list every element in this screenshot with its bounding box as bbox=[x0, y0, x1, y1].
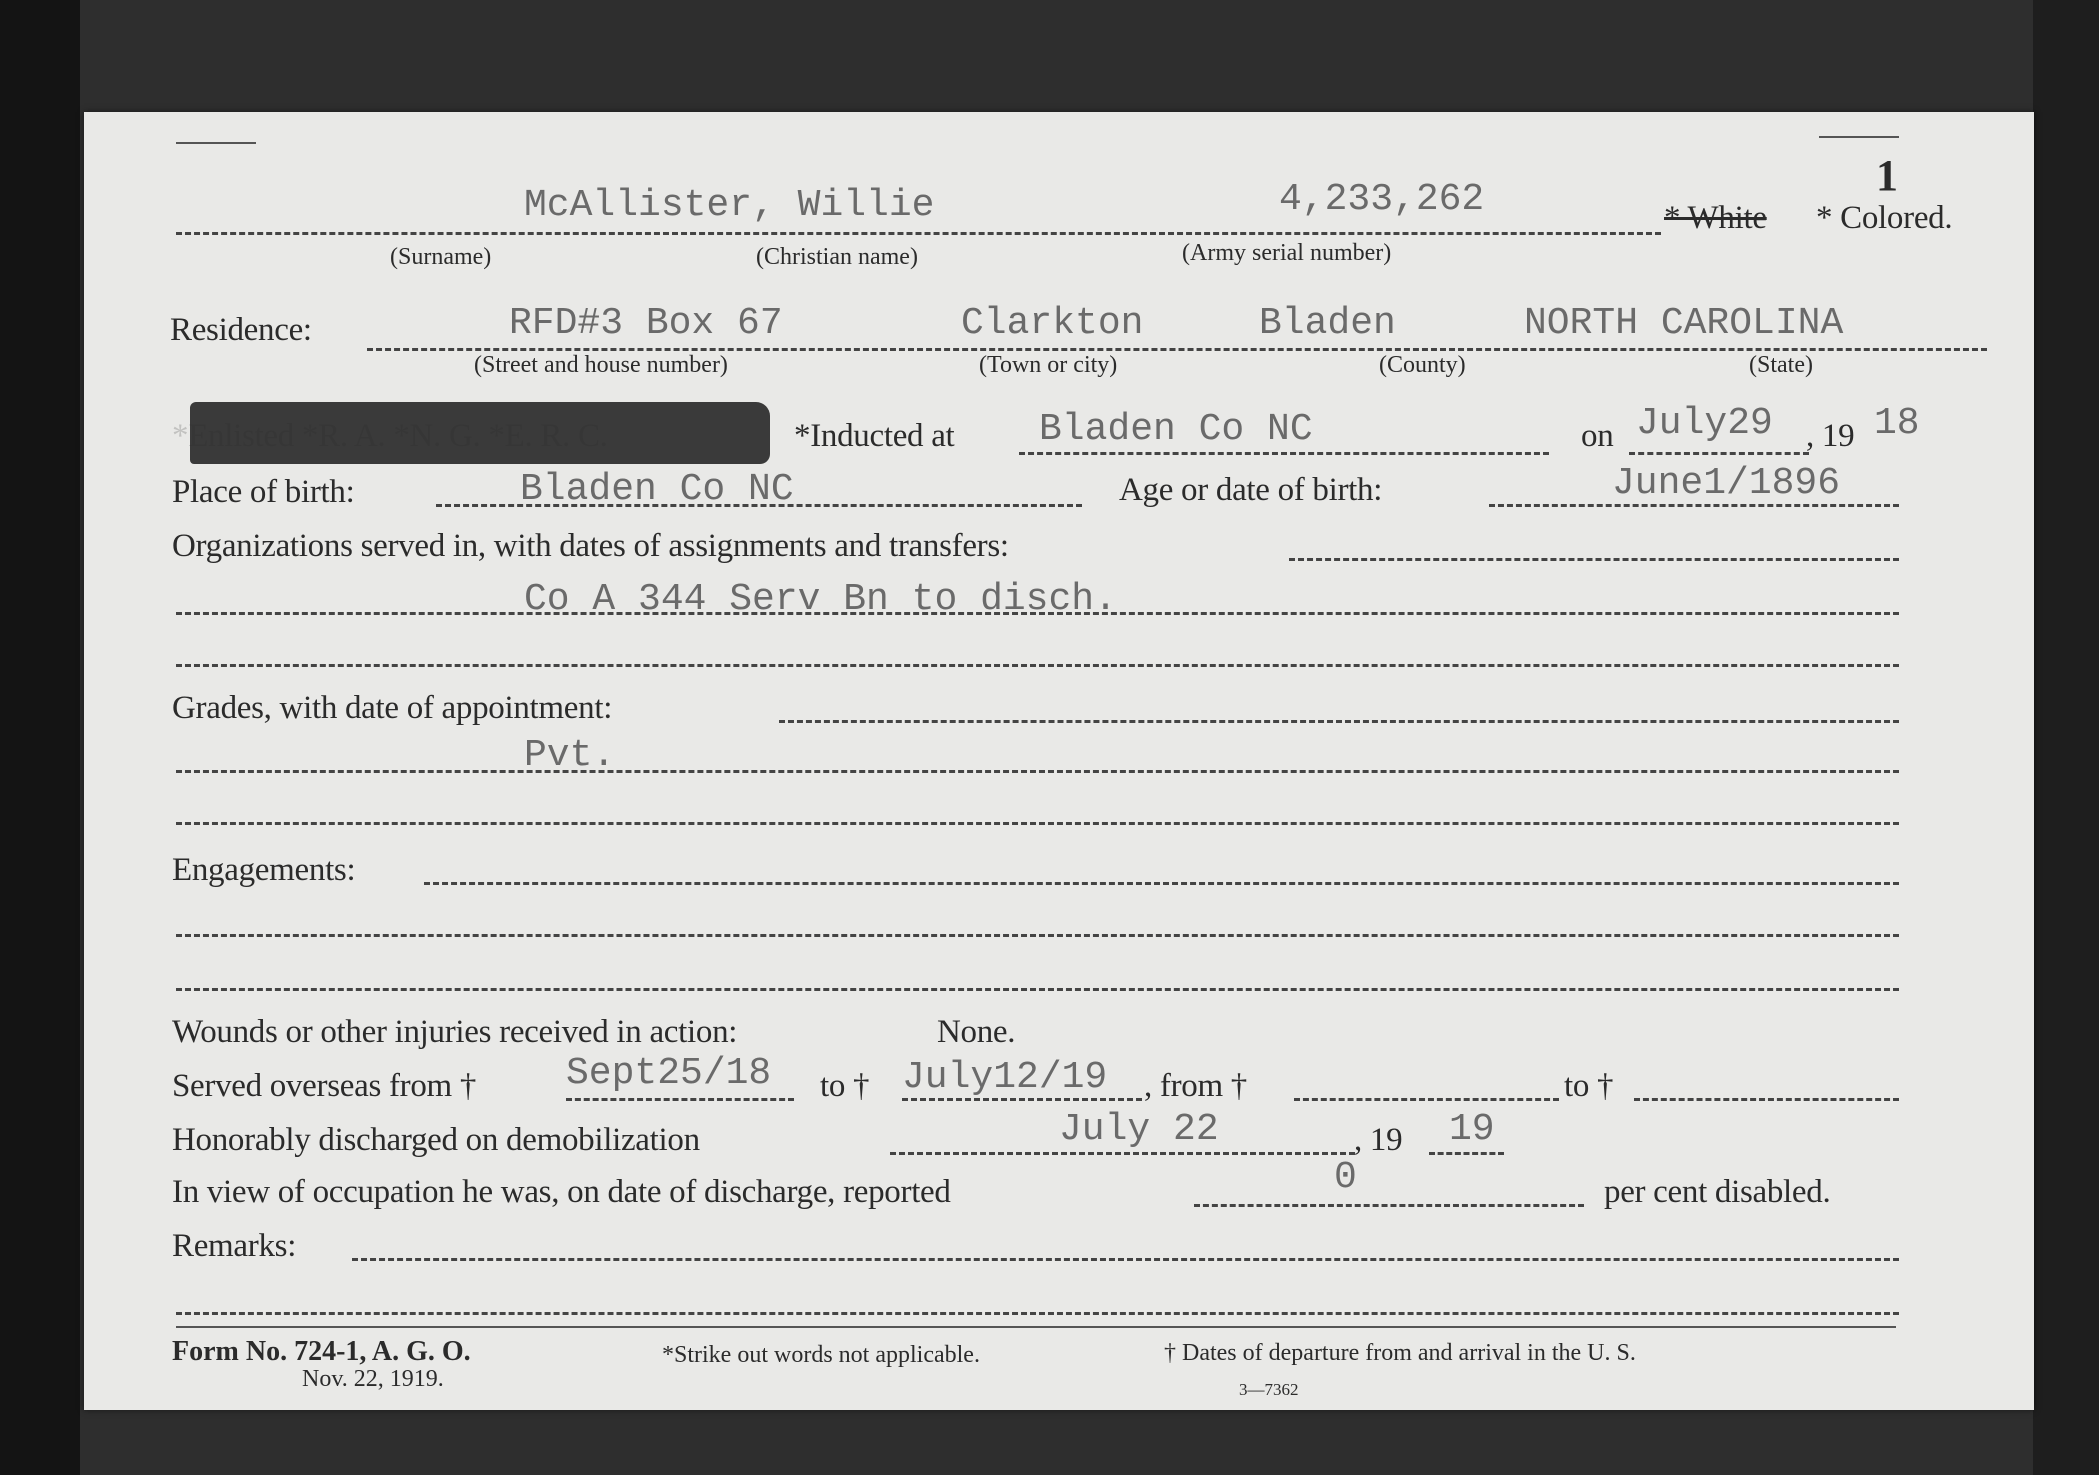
inducted-place: Bladen Co NC bbox=[1039, 408, 1313, 451]
grades-line-1 bbox=[779, 720, 1899, 723]
serial-value: 4,233,262 bbox=[1279, 178, 1484, 221]
organizations-line-1 bbox=[1289, 558, 1899, 561]
top-right-rule bbox=[1819, 136, 1899, 138]
wounds-value: None. bbox=[937, 1014, 1015, 1051]
wounds-label: Wounds or other injuries received in act… bbox=[172, 1014, 737, 1051]
grades-line-3 bbox=[176, 822, 1899, 825]
serial-label: (Army serial number) bbox=[1182, 240, 1391, 267]
disability-suffix: per cent disabled. bbox=[1604, 1174, 1830, 1211]
overseas-to2-line bbox=[1634, 1098, 1899, 1101]
disability-label: In view of occupation he was, on date of… bbox=[172, 1174, 951, 1211]
residence-line bbox=[367, 348, 1987, 351]
disability-value: 0 bbox=[1334, 1156, 1357, 1199]
inducted-year: 18 bbox=[1874, 402, 1920, 445]
engagements-line-2 bbox=[176, 934, 1899, 937]
engagements-line-1 bbox=[424, 882, 1899, 885]
birth-date-line bbox=[1489, 504, 1899, 507]
overseas-from-line bbox=[566, 1098, 794, 1101]
county-label: (County) bbox=[1379, 352, 1466, 379]
overseas-label: Served overseas from † bbox=[172, 1068, 476, 1105]
inducted-date: July29 bbox=[1636, 402, 1773, 445]
christian-name-label: (Christian name) bbox=[756, 244, 918, 271]
on-label: on bbox=[1581, 418, 1613, 455]
scanner-right-edge bbox=[2033, 0, 2099, 1475]
birth-place-label: Place of birth: bbox=[172, 474, 354, 511]
inducted-date-line bbox=[1629, 452, 1809, 455]
grades-label: Grades, with date of appointment: bbox=[172, 690, 612, 727]
residence-county: Bladen bbox=[1259, 302, 1396, 345]
top-left-rule bbox=[176, 142, 256, 144]
overseas-to-label: to † bbox=[820, 1068, 869, 1105]
race-colored: * Colored. bbox=[1816, 200, 1952, 237]
discharge-date: July 22 bbox=[1059, 1108, 1219, 1151]
footnote-strike: *Strike out words not applicable. bbox=[662, 1342, 980, 1369]
residence-street: RFD#3 Box 67 bbox=[509, 302, 783, 345]
residence-label: Residence: bbox=[170, 312, 312, 349]
inducted-label: *Inducted at bbox=[794, 418, 954, 455]
discharge-date-line bbox=[890, 1152, 1355, 1155]
birth-place-line bbox=[436, 504, 1082, 507]
print-code: 3—7362 bbox=[1239, 1380, 1299, 1400]
discharge-label: Honorably discharged on demobilization bbox=[172, 1122, 700, 1159]
remarks-line-1 bbox=[352, 1258, 1899, 1261]
overseas-to: July12/19 bbox=[902, 1056, 1107, 1099]
remarks-line-2 bbox=[176, 1312, 1899, 1315]
scanner-left-edge bbox=[0, 0, 80, 1475]
street-label: (Street and house number) bbox=[474, 352, 728, 379]
name-line bbox=[176, 232, 1661, 235]
disability-line bbox=[1194, 1204, 1584, 1207]
overseas-to2-label: to † bbox=[1564, 1068, 1613, 1105]
remarks-label: Remarks: bbox=[172, 1228, 296, 1265]
card-number: 1 bbox=[1876, 150, 1898, 201]
inducted-line bbox=[1019, 452, 1549, 455]
surname-label: (Surname) bbox=[390, 244, 491, 271]
discharge-year-prefix: , 19 bbox=[1354, 1122, 1402, 1159]
race-white: * White bbox=[1664, 200, 1767, 237]
form-date: Nov. 22, 1919. bbox=[302, 1366, 444, 1393]
inducted-year-prefix: , 19 bbox=[1806, 418, 1854, 455]
footer-rule bbox=[176, 1326, 1896, 1328]
organizations-label: Organizations served in, with dates of a… bbox=[172, 528, 1009, 565]
residence-state: NORTH CAROLINA bbox=[1524, 302, 1843, 345]
service-record-card: 1 McAllister, Willie 4,233,262 * White *… bbox=[84, 112, 2034, 1410]
town-label: (Town or city) bbox=[979, 352, 1117, 379]
name-value: McAllister, Willie bbox=[524, 184, 934, 227]
engagements-line-3 bbox=[176, 988, 1899, 991]
state-label: (State) bbox=[1749, 352, 1813, 379]
overseas-to-line bbox=[902, 1098, 1142, 1101]
organizations-line-2 bbox=[176, 612, 1899, 615]
enlisted-options: *Enlisted *R. A. *N. G. *E. R. C. bbox=[172, 418, 608, 455]
engagements-label: Engagements: bbox=[172, 852, 355, 889]
grades-line-2 bbox=[176, 770, 1899, 773]
footnote-dates: † Dates of departure from and arrival in… bbox=[1164, 1340, 1636, 1367]
overseas-from: Sept25/18 bbox=[566, 1052, 771, 1095]
form-number: Form No. 724-1, A. G. O. bbox=[172, 1336, 471, 1368]
organizations-line-3 bbox=[176, 664, 1899, 667]
overseas-from2-line bbox=[1294, 1098, 1559, 1101]
birth-date-label: Age or date of birth: bbox=[1119, 472, 1382, 509]
discharge-year: 19 bbox=[1449, 1108, 1495, 1151]
birth-date: June1/1896 bbox=[1612, 462, 1840, 505]
residence-town: Clarkton bbox=[961, 302, 1143, 345]
overseas-from2-label: , from † bbox=[1144, 1068, 1247, 1105]
discharge-year-line bbox=[1429, 1152, 1504, 1155]
